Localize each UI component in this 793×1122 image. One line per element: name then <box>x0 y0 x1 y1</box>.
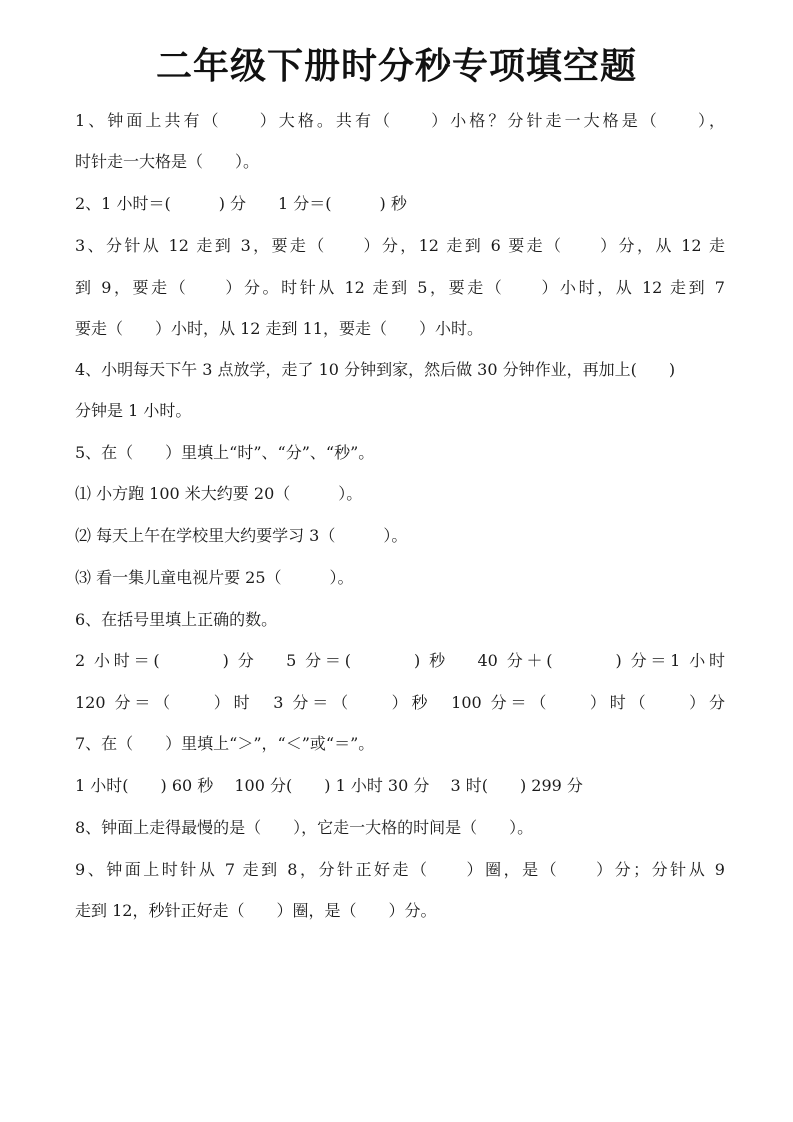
question-line: 8、钟面上走得最慢的是（ ），它走一大格的时间是（ ）。 <box>75 818 725 838</box>
question-line: ⑶ 看一集儿童电视片要 25（ ）。 <box>75 568 725 588</box>
page-title: 二年级下册时分秒专项填空题 <box>0 38 793 89</box>
question-line: 2 小时＝( ) 分 5 分＝( ) 秒 40 分＋( ) 分＝1 小时 <box>75 651 725 671</box>
question-line: 3、分针从 12 走到 3，要走（ ）分，12 走到 6 要走（ ）分，从 12… <box>75 236 725 256</box>
question-line: 120 分＝（ ）时 3 分＝（ ）秒 100 分＝（ ）时（ ）分 <box>75 693 725 713</box>
question-line: 6、在括号里填上正确的数。 <box>75 610 725 630</box>
question-line: 要走（ ）小时，从 12 走到 11，要走（ ）小时。 <box>75 319 725 339</box>
question-line: ⑵ 每天上午在学校里大约要学习 3（ ）。 <box>75 526 725 546</box>
question-line: 9、钟面上时针从 7 走到 8，分针正好走（ ）圈，是（ ）分；分针从 9 <box>75 860 725 880</box>
question-line: 2、1 小时＝( ) 分 1 分＝( ) 秒 <box>75 194 725 214</box>
question-line: 7、在（ ）里填上“＞”，“＜”或“＝”。 <box>75 734 725 754</box>
question-line: 4、小明每天下午 3 点放学，走了 10 分钟到家，然后做 30 分钟作业，再加… <box>75 360 725 380</box>
question-line: 分钟是 1 小时。 <box>75 401 725 421</box>
question-line: 时针走一大格是（ ）。 <box>75 152 725 172</box>
question-line: 1、钟面上共有（ ）大格。共有（ ）小格？分针走一大格是（ ）， <box>75 111 725 131</box>
question-line: 走到 12，秒针正好走（ ）圈，是（ ）分。 <box>75 901 725 921</box>
question-line: ⑴ 小方跑 100 米大约要 20（ ）。 <box>75 484 725 504</box>
question-line: 5、在（ ）里填上“时”、“分”、“秒”。 <box>75 443 725 463</box>
question-line: 1 小时( ) 60 秒 100 分( ) 1 小时 30 分 3 时( ) 2… <box>75 776 725 796</box>
question-line: 到 9，要走（ ）分。时针从 12 走到 5，要走（ ）小时，从 12 走到 7 <box>75 278 725 298</box>
